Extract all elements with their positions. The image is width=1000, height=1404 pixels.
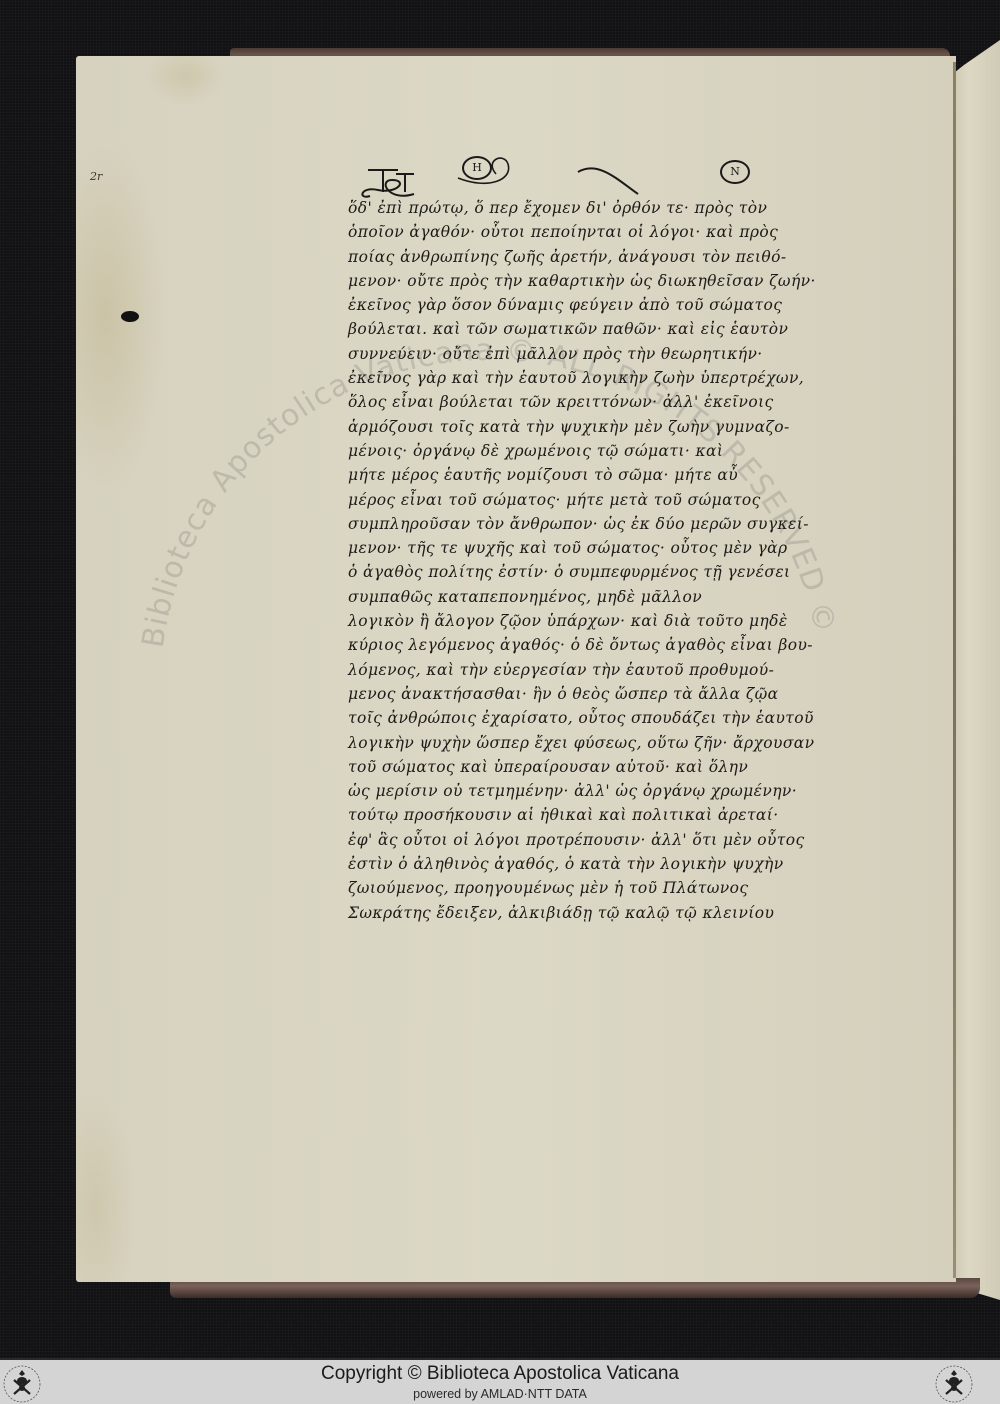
copyright-label: Copyright © Biblioteca Apostolica Vatica… [0,1363,1000,1385]
text-line: κύριος λεγόμενος ἀγαθός· ὁ δὲ ὄντως ἀγαθ… [348,633,848,657]
text-line: μενον· οὔτε πρὸς τὴν καθαρτικὴν ὡς διωκη… [348,269,848,293]
ink-blot [121,311,139,322]
scan-image-area: 2r Biblioteca Apostolica Vaticana © ALL … [0,0,1000,1358]
text-line: Σωκράτης ἔδειξεν, ἀλκιβιάδῃ τῷ καλῷ τῷ κ… [348,901,848,925]
text-line: λόμενος, καὶ τὴν εὐεργεσίαν τὴν ἑαυτοῦ π… [348,658,848,682]
text-line: μήτε μέρος ἑαυτῆς νομίζουσι τὸ σῶμα· μήτ… [348,463,848,487]
initial-flourish-icon [348,150,828,200]
text-line: ζωιούμενος, προηγουμένως μὲν ἡ τοῦ Πλάτω… [348,876,848,900]
text-line: τοῦ σώματος καὶ ὑπεραίρουσαν αὐτοῦ· καὶ … [348,755,848,779]
text-line: βούλεται. καὶ τῶν σωματικῶν παθῶν· καὶ ε… [348,317,848,341]
text-line: ὁ ἀγαθὸς πολίτης ἐστίν· ὁ συμπεφυρμένος … [348,560,848,584]
text-line: ἁρμόζουσι τοῖς κατὰ τὴν ψυχικὴν μὲν ζωὴν… [348,415,848,439]
text-line: μέρος εἶναι τοῦ σώματος· μήτε μετὰ τοῦ σ… [348,488,848,512]
text-line: ὅλος εἶναι βούλεται τῶν κρειττόνων· ἀλλ'… [348,390,848,414]
viewer-footer: Copyright © Biblioteca Apostolica Vatica… [0,1358,1000,1404]
header-mark-nu: Ν [720,160,750,184]
text-line: λογικὸν ἢ ἄλογον ζῷον ὑπάρχων· καὶ διὰ τ… [348,609,848,633]
manuscript-text: Η Ν ὅδ' ἐπὶ πρώτῳ, ὅ περ ἔχομεν δι' ὀρθό… [348,150,848,925]
text-line: μένοις· ὀργάνῳ δὲ χρωμένοις τῷ σώματι· κ… [348,439,848,463]
text-line: ὁποῖον ἀγαθόν· οὗτοι πεποίηνται οἱ λόγοι… [348,220,848,244]
text-line: συννεύειν· οὔτε ἐπὶ μᾶλλον πρὸς τὴν θεωρ… [348,342,848,366]
vatican-library-seal-icon [934,1364,974,1404]
text-line: ὡς μερίσιν οὐ τετμημένην· ἀλλ' ὡς ὀργάνῳ… [348,779,848,803]
text-line: μενον· τῆς τε ψυχῆς καὶ τοῦ σώματος· οὗτ… [348,536,848,560]
text-line: μενος ἀνακτήσασθαι· ἣν ὁ θεὸς ὥσπερ τὰ ἄ… [348,682,848,706]
text-line: ἐστὶν ὁ ἀληθινὸς ἀγαθός, ὁ κατὰ τὴν λογι… [348,852,848,876]
folio-mark: 2r [90,170,102,183]
text-line: ἐφ' ἃς οὗτοι οἱ λόγοι προτρέπουσιν· ἀλλ'… [348,828,848,852]
text-line: λογικὴν ψυχὴν ὥσπερ ἔχει φύσεως, οὕτω ζῆ… [348,731,848,755]
header-decoration: Η Ν [348,150,848,196]
text-line: ποίας ἀνθρωπίνης ζωῆς ἀρετήν, ἀνάγουσι τ… [348,245,848,269]
text-line: τούτῳ προσήκουσιν αἱ ἠθικαὶ καὶ πολιτικα… [348,803,848,827]
text-line: τοῖς ἀνθρώποις ἐχαρίσατο, οὗτος σπουδάζε… [348,706,848,730]
text-line: ἐκεῖνος γὰρ καὶ τὴν ἑαυτοῦ λογικὴν ζωὴν … [348,366,848,390]
page-gutter [953,62,956,1278]
header-mark-eta: Η [462,156,492,180]
text-line: συμπαθῶς καταπεπονημένος, μηδὲ μᾶλλον [348,585,848,609]
text-line: συμπληροῦσαν τὸν ἄνθρωπον· ὡς ἐκ δύο μερ… [348,512,848,536]
text-line: ἐκεῖνος γὰρ ὅσον δύναμις φεύγειν ἀπὸ τοῦ… [348,293,848,317]
powered-by-label: powered by AMLAD·NTT DATA [0,1387,1000,1401]
